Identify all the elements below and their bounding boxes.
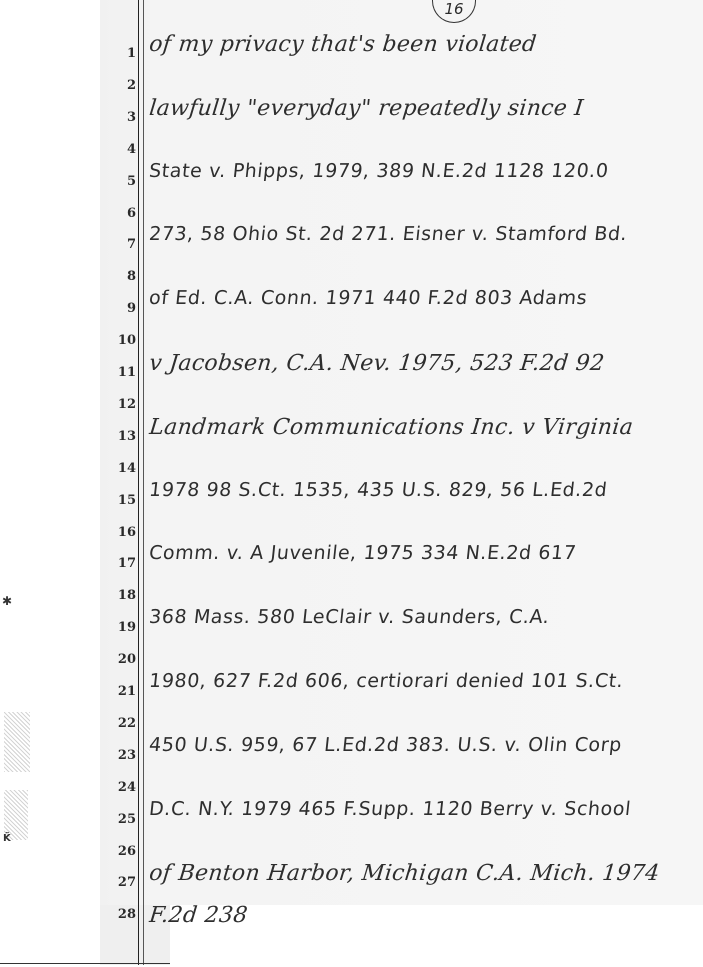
stray-ink-mark: ✱ [2, 594, 12, 608]
line-number: 16 [112, 525, 136, 540]
line-number: 17 [112, 556, 136, 571]
line-number: 14 [112, 461, 136, 476]
line-number: 11 [112, 365, 136, 380]
handwritten-line: Comm. v. A Juvenile, 1975 334 N.E.2d 617 [148, 542, 703, 564]
bottom-rule [0, 963, 170, 964]
line-number: 21 [112, 684, 136, 699]
line-number: 20 [112, 652, 136, 667]
handwritten-line: of Benton Harbor, Michigan C.A. Mich. 19… [148, 861, 703, 886]
handwritten-line: 368 Mass. 580 LeClair v. Saunders, C.A. [148, 606, 703, 628]
line-number: 27 [112, 875, 136, 890]
scan-smudge-mark: K̃ [3, 833, 11, 844]
handwritten-line: 273, 58 Ohio St. 2d 271. Eisner v. Stamf… [148, 223, 703, 245]
line-number: 13 [112, 429, 136, 444]
line-number: 25 [112, 812, 136, 827]
line-number: 10 [112, 333, 136, 348]
line-number: 22 [112, 716, 136, 731]
line-number: 1 [112, 46, 136, 61]
handwritten-line: D.C. N.Y. 1979 465 F.Supp. 1120 Berry v.… [148, 798, 703, 820]
line-number: 19 [112, 620, 136, 635]
line-number: 4 [112, 142, 136, 157]
line-number: 2 [112, 78, 136, 93]
line-number: 8 [112, 269, 136, 284]
handwritten-line: v Jacobsen, C.A. Nev. 1975, 523 F.2d 92 [148, 351, 703, 376]
line-number: 26 [112, 844, 136, 859]
handwritten-line: of Ed. C.A. Conn. 1971 440 F.2d 803 Adam… [148, 287, 703, 309]
handwritten-line: 450 U.S. 959, 67 L.Ed.2d 383. U.S. v. Ol… [148, 734, 703, 756]
margin-rule-inner [143, 0, 144, 965]
handwritten-line: 1980, 627 F.2d 606, certiorari denied 10… [148, 670, 703, 692]
line-number: 7 [112, 237, 136, 252]
handwritten-line: F.2d 238 [148, 903, 703, 928]
handwritten-line: of my privacy that's been violated [148, 32, 703, 57]
handwritten-line: lawfully "everyday" repeatedly since I [148, 96, 703, 121]
line-number: 15 [112, 493, 136, 508]
line-number: 18 [112, 588, 136, 603]
line-number: 3 [112, 110, 136, 125]
line-number: 28 [112, 907, 136, 922]
line-number: 23 [112, 748, 136, 763]
handwritten-line: 1978 98 S.Ct. 1535, 435 U.S. 829, 56 L.E… [148, 479, 703, 501]
scan-smudge-1 [4, 712, 30, 772]
line-number: 24 [112, 780, 136, 795]
margin-rule-outer [138, 0, 139, 965]
handwritten-line: Landmark Communications Inc. v Virginia [148, 415, 703, 440]
scanned-page-background [100, 0, 703, 905]
line-number: 9 [112, 301, 136, 316]
line-number: 6 [112, 206, 136, 221]
line-number: 12 [112, 397, 136, 412]
line-number: 5 [112, 174, 136, 189]
handwritten-line: State v. Phipps, 1979, 389 N.E.2d 1128 1… [148, 160, 703, 182]
